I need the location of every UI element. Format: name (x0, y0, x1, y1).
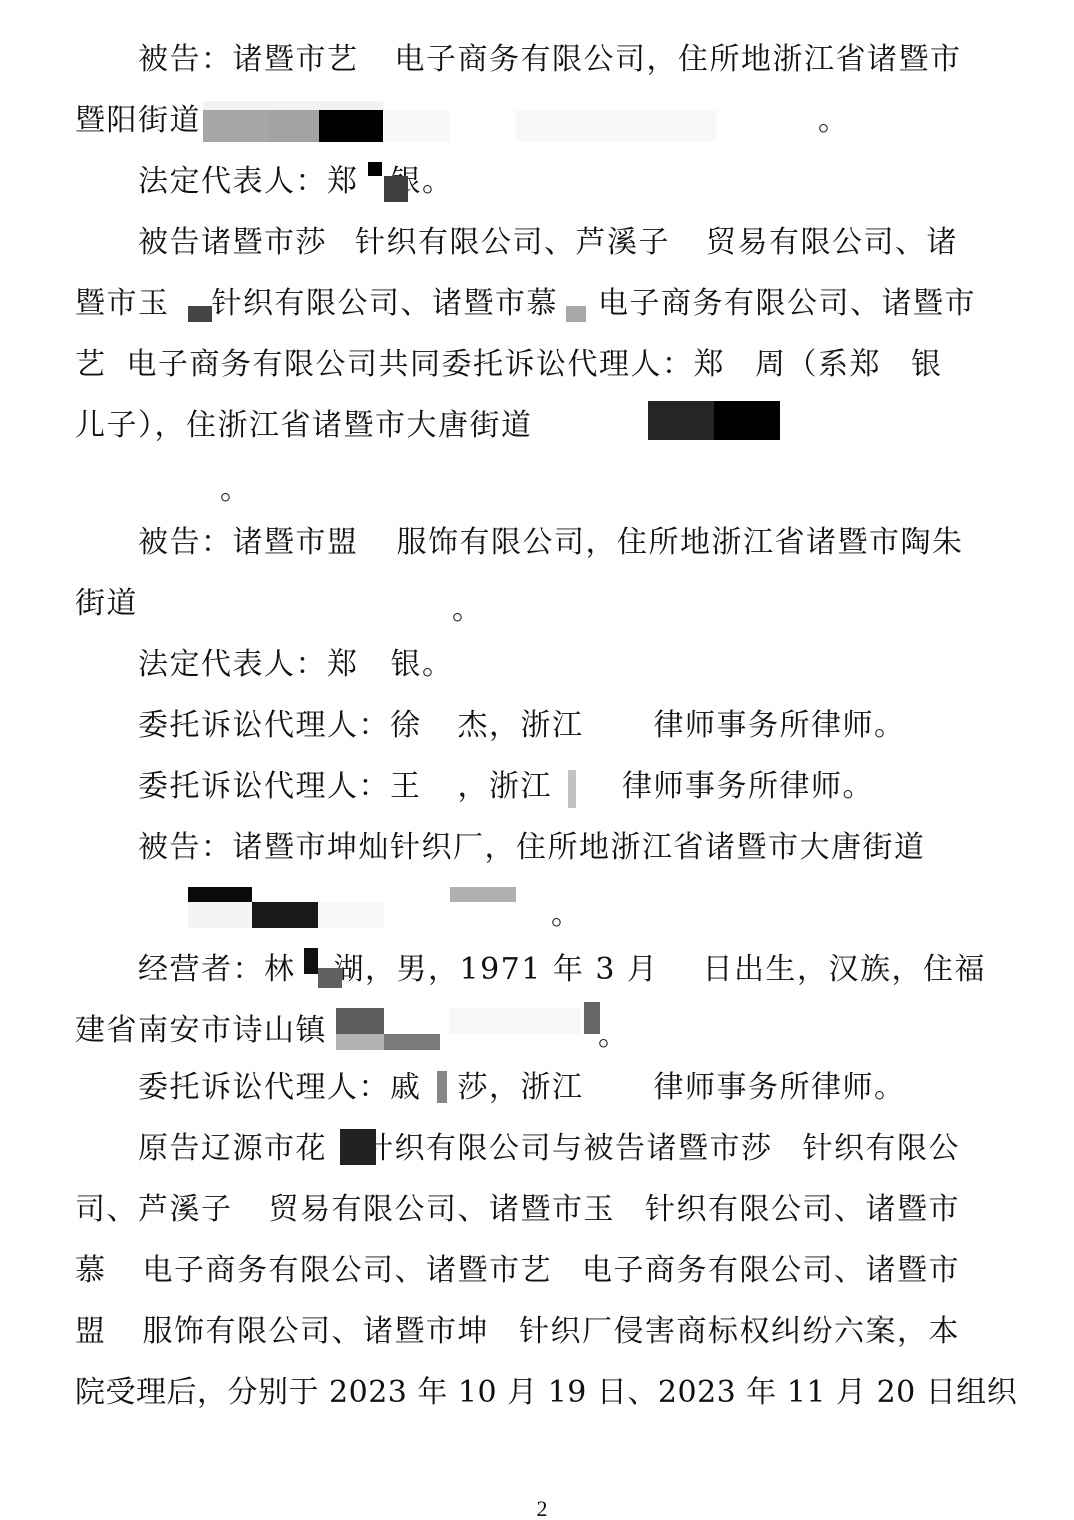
redaction-block (384, 176, 408, 202)
redaction-block (384, 110, 450, 142)
redaction-block (318, 902, 384, 928)
text-line: 司、芦溪子贸易有限公司、诸暨市玉针织有限公司、诸暨市 (75, 1190, 960, 1230)
text-line: 院受理后，分别于 2023 年 10 月 19 日、2023 年 11 月 20… (75, 1373, 1017, 1413)
text-segment: 委托诉讼代理人：徐 (138, 706, 422, 746)
redaction-block (252, 902, 318, 928)
text-segment: 律师事务所律师。 (654, 706, 906, 746)
redaction-block (203, 110, 269, 142)
text-line: 被告：诸暨市盟服饰有限公司，住所地浙江省诸暨市陶朱 (138, 523, 964, 563)
text-segment: 儿子），住浙江省诸暨市大唐街道 (75, 406, 533, 446)
redaction-block (188, 306, 212, 322)
text-segment: 委托诉讼代理人：戚 (138, 1068, 422, 1108)
redaction-block (203, 101, 383, 110)
text-line: 艺电子商务有限公司共同委托诉讼代理人：郑周（系郑银 (75, 345, 943, 385)
text-segment: 电子商务有限公司、诸暨市 (582, 1251, 960, 1291)
text-segment: 盟 (75, 1312, 107, 1352)
text-segment: 湖，男，1971 年 3 月 (334, 950, 659, 990)
text-segment: 电子商务有限公司共同委托诉讼代理人：郑 (127, 345, 726, 385)
text-segment: 周（系郑 (755, 345, 881, 385)
text-segment: 法定代表人：郑 (138, 162, 359, 202)
text-segment: 针织厂侵害商标权纠纷六案，本 (519, 1312, 960, 1352)
text-line: 经营者：林湖，男，1971 年 3 月日出生，汉族，住福 (138, 950, 986, 990)
text-segment: 电子商务有限公司，住所地浙江省诸暨市 (395, 40, 962, 80)
text-segment: 。 (598, 1016, 628, 1056)
redaction-block (304, 948, 318, 974)
text-segment: 被告：诸暨市坤灿针织厂，住所地浙江省诸暨市大唐街道 (138, 828, 926, 868)
text-segment: 。 (452, 590, 482, 630)
page-number: 2 (0, 1496, 1074, 1520)
text-segment: 律师事务所律师。 (654, 1068, 906, 1108)
redaction-block (516, 110, 716, 142)
text-line: 街道 (75, 584, 138, 624)
text-line: 委托诉讼代理人：徐杰，浙江律师事务所律师。 (138, 706, 906, 746)
text-line: 委托诉讼代理人：戚莎，浙江律师事务所律师。 (138, 1068, 906, 1108)
text-segment: 建省南安市诗山镇 (75, 1011, 327, 1051)
redaction-block (450, 1008, 580, 1034)
text-segment: 委托诉讼代理人：王 (138, 767, 422, 807)
text-segment: 暨市玉 (75, 284, 170, 324)
text-segment: 服饰有限公司、诸暨市坤 (143, 1312, 490, 1352)
text-segment: 被告：诸暨市盟 (138, 523, 359, 563)
text-line: 被告：诸暨市坤灿针织厂，住所地浙江省诸暨市大唐街道 (138, 828, 926, 868)
text-segment: 杰，浙江 (458, 706, 584, 746)
text-segment: 被告诸暨市莎 (138, 223, 327, 263)
redaction-block (437, 1071, 447, 1103)
text-segment: 银。 (391, 645, 454, 685)
text-segment: 贸易有限公司、诸暨市玉 (269, 1190, 616, 1230)
text-segment: 街道 (75, 584, 138, 624)
text-line: 被告诸暨市莎针织有限公司、芦溪子贸易有限公司、诸 (138, 223, 958, 263)
text-segment: 司、芦溪子 (75, 1190, 233, 1230)
redaction-block (340, 1129, 376, 1165)
redaction-block (368, 162, 382, 176)
text-line: 原告辽源市花针织有限公司与被告诸暨市莎针织有限公 (138, 1129, 960, 1169)
text-line: 慕电子商务有限公司、诸暨市艺电子商务有限公司、诸暨市 (75, 1251, 960, 1291)
text-segment: 暨阳街道 (75, 101, 201, 141)
text-segment: 经营者：林 (138, 950, 296, 990)
redaction-block (336, 1034, 384, 1050)
text-line: 被告：诸暨市艺电子商务有限公司，住所地浙江省诸暨市 (138, 40, 962, 80)
text-segment: 针织有限公司、诸暨市 (645, 1190, 960, 1230)
text-segment: 律师事务所律师。 (622, 767, 874, 807)
document-page: 被告：诸暨市艺电子商务有限公司，住所地浙江省诸暨市 暨阳街道 。 法定代表人：郑… (0, 0, 1074, 1520)
text-segment: 艺 (75, 345, 107, 385)
text-segment: 法定代表人：郑 (138, 645, 359, 685)
text-segment: 贸易有限公司、诸 (706, 223, 958, 263)
text-segment: 服饰有限公司，住所地浙江省诸暨市陶朱 (397, 523, 964, 563)
text-segment: 针织有限公司与被告诸暨市莎 (363, 1129, 773, 1169)
redaction-block (318, 968, 342, 988)
redaction-block (714, 401, 780, 440)
text-segment: 针织有限公司、芦溪子 (355, 223, 670, 263)
text-segment: 慕 (75, 1251, 107, 1291)
redaction-block (566, 306, 586, 322)
text-segment: 电子商务有限公司、诸暨市 (598, 284, 976, 324)
redaction-block (269, 110, 319, 142)
redaction-block (568, 770, 576, 808)
text-segment: 。 (818, 101, 848, 141)
redaction-block (450, 887, 516, 902)
text-line: 建省南安市诗山镇 (75, 1011, 327, 1051)
text-segment: 银 (911, 345, 943, 385)
text-line: 法定代表人：郑银。 (138, 645, 454, 685)
text-segment: 原告辽源市花 (138, 1129, 327, 1169)
redaction-block (384, 1034, 440, 1050)
text-segment: 莎，浙江 (458, 1068, 584, 1108)
redaction-block (188, 887, 252, 902)
text-line: 暨阳街道 (75, 101, 201, 141)
text-segment: 被告：诸暨市艺 (138, 40, 359, 80)
text-segment: ，浙江 (458, 767, 553, 807)
text-segment: 。 (551, 895, 581, 935)
redaction-block (188, 902, 252, 928)
redaction-block (319, 110, 383, 142)
text-line: 儿子），住浙江省诸暨市大唐街道 (75, 406, 533, 446)
text-segment: 电子商务有限公司、诸暨市艺 (143, 1251, 553, 1291)
text-line: 委托诉讼代理人：王，浙江律师事务所律师。 (138, 767, 874, 807)
text-segment: 院受理后，分别于 2023 年 10 月 19 日、2023 年 11 月 20… (75, 1373, 1017, 1413)
redaction-block (336, 1008, 384, 1034)
text-segment: 针织有限公 (803, 1129, 961, 1169)
text-segment: 日出生，汉族，住福 (703, 950, 987, 990)
text-segment: 针织有限公司、诸暨市慕 (212, 284, 559, 324)
redaction-block (648, 401, 714, 440)
text-line: 盟服饰有限公司、诸暨市坤针织厂侵害商标权纠纷六案，本 (75, 1312, 960, 1352)
text-segment: 。 (220, 470, 250, 510)
